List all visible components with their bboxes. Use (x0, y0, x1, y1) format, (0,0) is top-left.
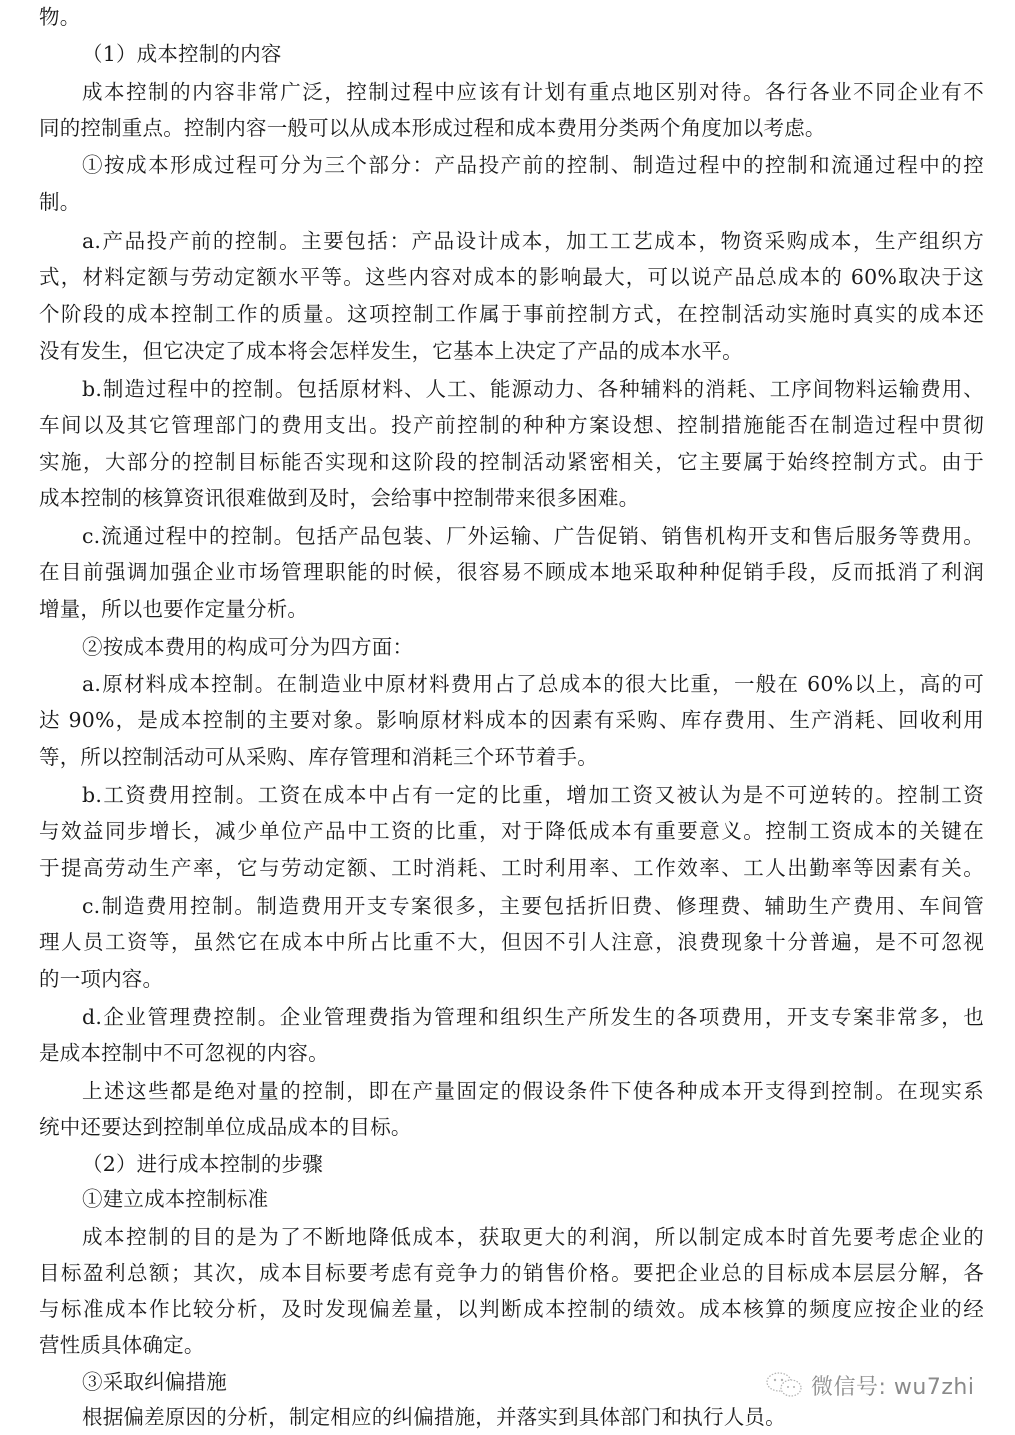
text-line: 车间以及其它管理部门的费用支出。投产前控制的种种方案设想、控制措施能否在制造过程… (39, 413, 984, 437)
text-line: （1）成本控制的内容 (82, 42, 282, 66)
text-line: ①建立成本控制标准 (82, 1187, 268, 1211)
text-line: 成本控制的内容非常广泛，控制过程中应该有计划有重点地区别对待。各行各业不同企业有… (82, 80, 984, 104)
text-line: 制。 (39, 190, 80, 214)
text-line: ②按成本费用的构成可分为四方面： (82, 635, 413, 659)
text-line: 个阶段的成本控制工作的质量。这项控制工作属于事前控制方式，在控制活动实施时真实的… (39, 302, 984, 326)
text-line: c.制造费用控制。制造费用开支专案很多，主要包括折旧费、修理费、辅助生产费用、车… (82, 894, 984, 918)
wechat-icon (765, 1371, 805, 1399)
text-line: 理人员工资等，虽然它在成本中所占比重不大，但因不引人注意，浪费现象十分普遍，是不… (39, 930, 984, 954)
text-line: 没有发生，但它决定了成本将会怎样发生，它基本上决定了产品的成本水平。 (39, 339, 743, 363)
wechat-id-label: 微信号: wu7zhi (811, 1370, 974, 1401)
text-line: ③采取纠偏措施 (82, 1370, 227, 1394)
text-line: a.原材料成本控制。在制造业中原材料费用占了总成本的很大比重，一般在 60%以上… (82, 672, 984, 696)
text-line: 与效益同步增长，减少单位产品中工资的比重，对于降低成本有重要意义。控制工资成本的… (39, 819, 984, 843)
text-line: 是成本控制中不可忽视的内容。 (39, 1041, 329, 1065)
text-line: b.工资费用控制。工资在成本中占有一定的比重，增加工资又被认为是不可逆转的。控制… (82, 783, 984, 807)
text-line: 根据偏差原因的分析，制定相应的纠偏措施，并落实到具体部门和执行人员。 (82, 1405, 786, 1429)
text-line: 增量，所以也要作定量分析。 (39, 597, 308, 621)
text-line: 目标盈利总额；其次，成本目标要考虑有竞争力的销售价格。要把企业总的目标成本层层分… (39, 1261, 984, 1285)
text-line: d.企业管理费控制。企业管理费指为管理和组织生产所发生的各项费用，开支专案非常多… (82, 1005, 984, 1029)
text-line: 在目前强调加强企业市场管理职能的时候，很容易不顾成本地采取种种促销手段，反而抵消… (39, 560, 984, 584)
text-line: b.制造过程中的控制。包括原材料、人工、能源动力、各种辅料的消耗、工序间物料运输… (82, 377, 984, 401)
text-line: 同的控制重点。控制内容一般可以从成本形成过程和成本费用分类两个角度加以考虑。 (39, 116, 826, 140)
text-line: 实施，大部分的控制目标能否实现和这阶段的控制活动紧密相关，它主要属于始终控制方式… (39, 450, 984, 474)
wechat-watermark: 微信号: wu7zhi (765, 1370, 974, 1400)
text-line: 等，所以控制活动可从采购、库存管理和消耗三个环节着手。 (39, 745, 598, 769)
text-line: 的一项内容。 (39, 967, 163, 991)
text-line: c.流通过程中的控制。包括产品包装、厂外运输、广告促销、销售机构开支和售后服务等… (82, 524, 984, 548)
text-line: 达 90%，是成本控制的主要对象。影响原材料成本的因素有采购、库存费用、生产消耗… (39, 708, 984, 732)
text-line: 式，材料定额与劳动定额水平等。这些内容对成本的影响最大，可以说产品总成本的 60… (39, 265, 984, 289)
text-line: 与标准成本作比较分析，及时发现偏差量，以判断成本控制的绩效。成本核算的频度应按企… (39, 1297, 984, 1321)
text-line: 于提高劳动生产率，它与劳动定额、工时消耗、工时利用率、工作效率、工人出勤率等因素… (39, 856, 984, 880)
text-line: 统中还要达到控制单位成品成本的目标。 (39, 1115, 412, 1139)
text-line: 成本控制的核算资讯很难做到及时，会给事中控制带来很多困难。 (39, 486, 639, 510)
text-line: 成本控制的目的是为了不断地降低成本，获取更大的利润，所以制定成本时首先要考虑企业… (82, 1225, 984, 1249)
text-line: 上述这些都是绝对量的控制，即在产量固定的假设条件下使各种成本开支得到控制。在现实… (82, 1079, 984, 1103)
text-line: ①按成本形成过程可分为三个部分：产品投产前的控制、制造过程中的控制和流通过程中的… (82, 153, 984, 177)
text-line: a.产品投产前的控制。主要包括：产品设计成本，加工工艺成本，物资采购成本，生产组… (82, 229, 984, 253)
text-line: 物。 (39, 5, 80, 29)
text-line: （2）进行成本控制的步骤 (82, 1152, 323, 1176)
text-line: 营性质具体确定。 (39, 1333, 205, 1357)
